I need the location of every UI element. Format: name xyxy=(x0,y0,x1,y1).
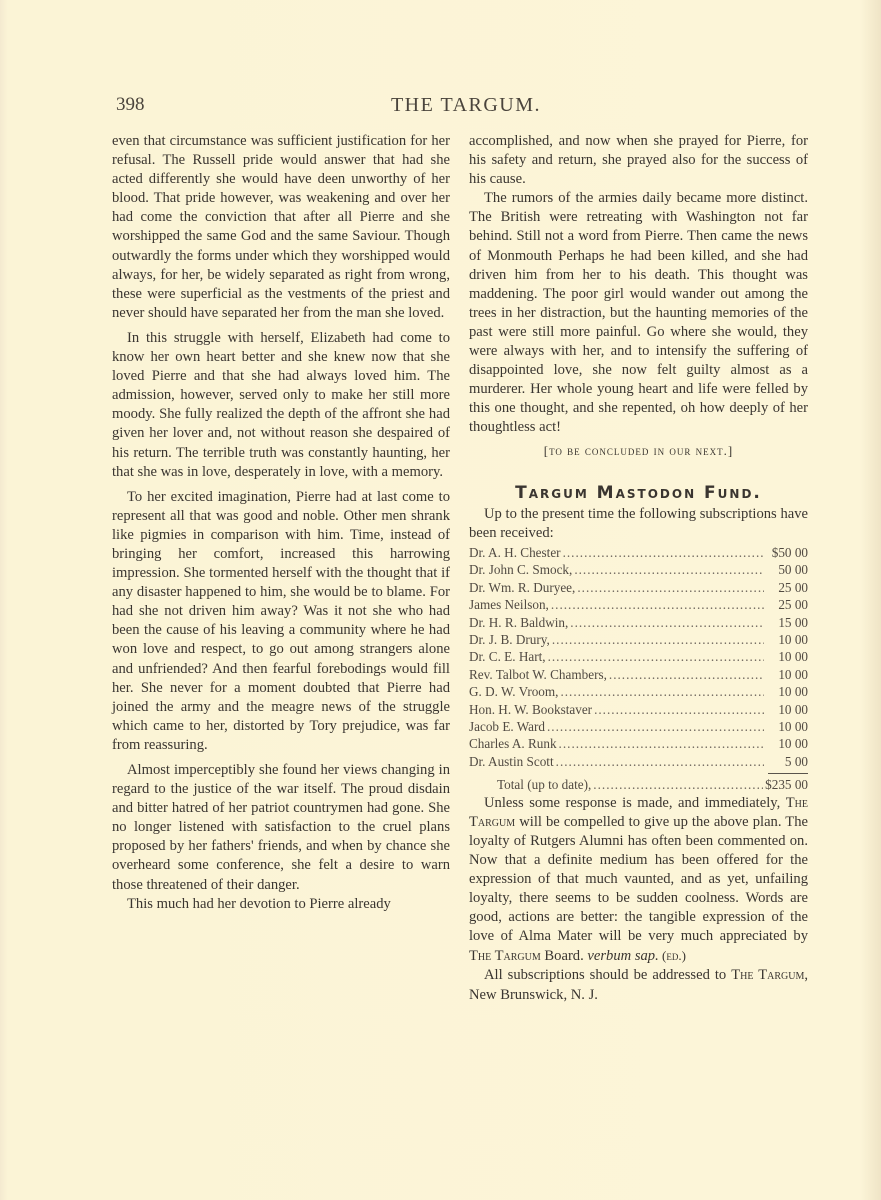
leader-dots xyxy=(577,579,764,596)
continuation-note: [to be concluded in our next.] xyxy=(469,441,808,460)
leader-dots xyxy=(560,683,764,700)
left-column: even that circumstance was sufficient ju… xyxy=(112,132,450,914)
publication-name: The Targum xyxy=(731,967,804,983)
subscription-row: Dr. A. H. Chester$50 00 xyxy=(469,544,808,561)
right-column: accomplished, and now when she prayed fo… xyxy=(469,132,808,1005)
paragraph: The rumors of the armies daily became mo… xyxy=(469,189,808,437)
paragraph: accomplished, and now when she prayed fo… xyxy=(469,132,808,189)
subscription-amount: 15 00 xyxy=(766,614,808,631)
subscriber-name: G. D. W. Vroom, xyxy=(469,683,558,700)
total-rule xyxy=(768,773,808,774)
appeal-text: Board. xyxy=(541,948,588,964)
subscription-amount: 10 00 xyxy=(766,735,808,752)
page-header: 398 THE TARGUM. xyxy=(116,94,816,122)
subscription-row: Jacob E. Ward10 00 xyxy=(469,718,808,735)
leader-dots xyxy=(574,561,764,578)
leader-dots xyxy=(609,666,764,683)
paragraph: In this struggle with herself, Elizabeth… xyxy=(112,329,450,482)
appeal-text: Unless some response is made, and immedi… xyxy=(484,795,786,811)
subscription-row: Dr. J. B. Drury,10 00 xyxy=(469,631,808,648)
leader-dots xyxy=(551,596,764,613)
subscription-amount: 10 00 xyxy=(766,701,808,718)
subscription-row: Dr. John C. Smock,50 00 xyxy=(469,561,808,578)
fund-title: Targum Mastodon Fund. xyxy=(469,484,808,503)
subscription-row: Dr. H. R. Baldwin,15 00 xyxy=(469,614,808,631)
subscription-amount: 10 00 xyxy=(766,631,808,648)
subscription-amount: 10 00 xyxy=(766,718,808,735)
subscriber-name: Dr. John C. Smock, xyxy=(469,561,572,578)
subscription-row: Dr. C. E. Hart,10 00 xyxy=(469,648,808,665)
paragraph: Almost imperceptibly she found her views… xyxy=(112,761,450,895)
subscriber-name: Dr. C. E. Hart, xyxy=(469,648,546,665)
fund-intro: Up to the present time the following sub… xyxy=(469,505,808,543)
subscriber-name: Dr. A. H. Chester xyxy=(469,544,561,561)
subscription-row: Charles A. Runk10 00 xyxy=(469,735,808,752)
subscription-amount: $50 00 xyxy=(766,544,808,561)
subscription-amount: 25 00 xyxy=(766,579,808,596)
subscriber-name: Dr. J. B. Drury, xyxy=(469,631,550,648)
subscriber-name: Charles A. Runk xyxy=(469,735,557,752)
leader-dots xyxy=(548,648,764,665)
paragraph: even that circumstance was sufficient ju… xyxy=(112,132,450,323)
subscription-amount: 10 00 xyxy=(766,648,808,665)
fund-appeal: Unless some response is made, and immedi… xyxy=(469,794,808,967)
subscriber-name: Dr. Wm. R. Duryee, xyxy=(469,579,575,596)
leader-dots xyxy=(563,544,764,561)
editor-mark: (ed.) xyxy=(659,948,686,963)
leader-dots xyxy=(593,776,763,793)
subscription-amount: 5 00 xyxy=(766,753,808,770)
subscriber-name: Dr. Austin Scott xyxy=(469,753,554,770)
leader-dots xyxy=(552,631,764,648)
appeal-text: will be compelled to give up the above p… xyxy=(469,814,808,945)
leader-dots xyxy=(547,718,764,735)
subscription-row: James Neilson,25 00 xyxy=(469,596,808,613)
subscription-amount: 10 00 xyxy=(766,666,808,683)
paragraph: This much had her devotion to Pierre alr… xyxy=(112,895,450,914)
leader-dots xyxy=(594,701,764,718)
subscription-list: Dr. A. H. Chester$50 00 Dr. John C. Smoc… xyxy=(469,544,808,794)
address-text: All subscriptions should be addressed to xyxy=(484,967,731,983)
latin-phrase: verbum sap. xyxy=(587,948,658,964)
total-amount: $235 00 xyxy=(765,776,808,793)
subscription-amount: 10 00 xyxy=(766,683,808,700)
subscriber-name: Jacob E. Ward xyxy=(469,718,545,735)
subscriber-name: Hon. H. W. Bookstaver xyxy=(469,701,592,718)
total-label: Total (up to date), xyxy=(497,776,591,793)
scanned-page: 398 THE TARGUM. even that circumstance w… xyxy=(0,0,881,1200)
subscriber-name: Rev. Talbot W. Chambers, xyxy=(469,666,607,683)
subscriber-name: James Neilson, xyxy=(469,596,549,613)
leader-dots xyxy=(570,614,764,631)
subscription-amount: 25 00 xyxy=(766,596,808,613)
fund-address: All subscriptions should be addressed to… xyxy=(469,966,808,1004)
total-row: Total (up to date),$235 00 xyxy=(469,776,808,793)
subscription-amount: 50 00 xyxy=(766,561,808,578)
leader-dots xyxy=(559,735,764,752)
subscriber-name: Dr. H. R. Baldwin, xyxy=(469,614,568,631)
subscription-row: Dr. Wm. R. Duryee,25 00 xyxy=(469,579,808,596)
running-title: THE TARGUM. xyxy=(116,94,816,117)
publication-name: The Targum xyxy=(469,948,541,964)
subscription-row: Rev. Talbot W. Chambers,10 00 xyxy=(469,666,808,683)
subscription-row: Dr. Austin Scott5 00 xyxy=(469,753,808,770)
leader-dots xyxy=(556,753,764,770)
paragraph: To her excited imagination, Pierre had a… xyxy=(112,488,450,755)
subscription-row: Hon. H. W. Bookstaver10 00 xyxy=(469,701,808,718)
subscription-row: G. D. W. Vroom,10 00 xyxy=(469,683,808,700)
